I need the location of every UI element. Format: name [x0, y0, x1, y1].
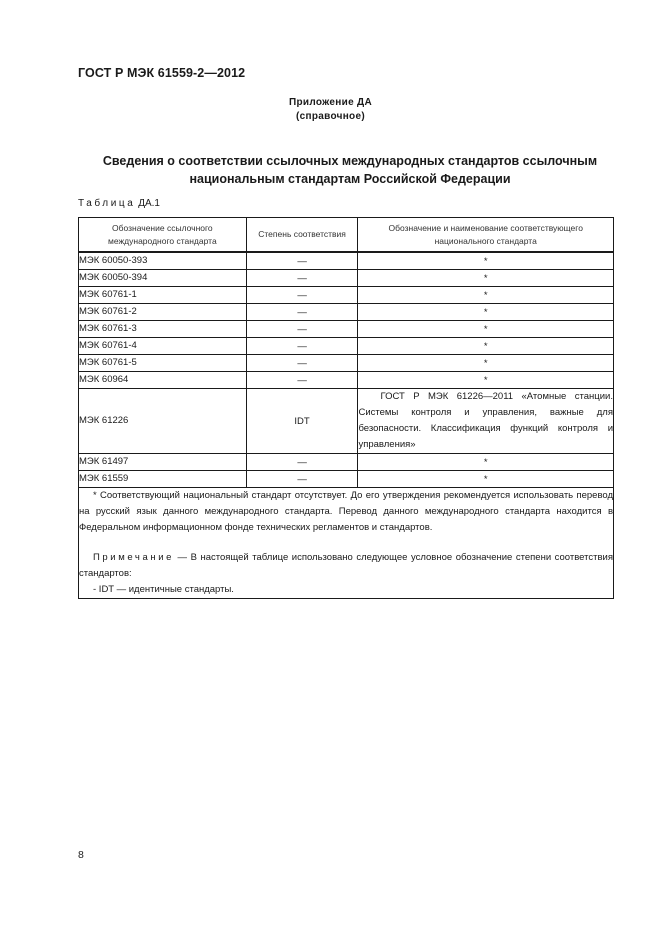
- degree: —: [246, 287, 358, 304]
- national-standard: *: [358, 321, 614, 338]
- national-standard: *: [358, 372, 614, 389]
- table-row: МЭК 60050-393 — *: [79, 252, 614, 270]
- national-standard: *: [358, 338, 614, 355]
- note-heading: Примечание: [93, 552, 174, 563]
- degree: —: [246, 338, 358, 355]
- degree: —: [246, 304, 358, 321]
- international-code: МЭК 61226: [79, 389, 247, 454]
- appendix-title: Приложение ДА: [0, 96, 661, 110]
- note-paragraph: Примечание — В настоящей таблице использ…: [79, 550, 613, 582]
- table-row: МЭК 60761-5 — *: [79, 355, 614, 372]
- degree: —: [246, 454, 358, 471]
- appendix-heading: Приложение ДА (справочное): [0, 96, 661, 124]
- table-label-word: Таблица: [78, 198, 135, 209]
- national-standard: *: [358, 287, 614, 304]
- document-header: ГОСТ Р МЭК 61559-2—2012: [78, 66, 245, 80]
- national-standard: *: [358, 304, 614, 321]
- international-code: МЭК 60761-2: [79, 304, 247, 321]
- table-label-id: ДА.1: [138, 198, 160, 209]
- table-row: МЭК 60761-3 — *: [79, 321, 614, 338]
- page-number: 8: [78, 849, 84, 861]
- table-row: МЭК 61226 IDT ГОСТ Р МЭК 61226—2011 «Ато…: [79, 389, 614, 454]
- national-standard: *: [358, 471, 614, 488]
- note-item: - IDT — идентичные стандарты.: [79, 582, 613, 598]
- degree: —: [246, 355, 358, 372]
- degree: —: [246, 471, 358, 488]
- national-standard: ГОСТ Р МЭК 61226—2011 «Атомные станции. …: [358, 389, 614, 454]
- column-header-international: Обозначение ссылочного международного ст…: [79, 218, 247, 253]
- international-code: МЭК 60761-5: [79, 355, 247, 372]
- national-standard: *: [358, 252, 614, 270]
- table-row: МЭК 60761-2 — *: [79, 304, 614, 321]
- degree: —: [246, 270, 358, 287]
- table-label: Таблица ДА.1: [78, 198, 160, 209]
- appendix-subtitle: (справочное): [0, 110, 661, 124]
- table-row: МЭК 60761-1 — *: [79, 287, 614, 304]
- national-standard: *: [358, 355, 614, 372]
- degree: —: [246, 321, 358, 338]
- table-row: МЭК 61497 — *: [79, 454, 614, 471]
- international-code: МЭК 60050-393: [79, 252, 247, 270]
- international-code: МЭК 60050-394: [79, 270, 247, 287]
- degree: —: [246, 252, 358, 270]
- international-code: МЭК 60964: [79, 372, 247, 389]
- footnote-text: * Соответствующий национальный стандарт …: [79, 488, 613, 536]
- column-header-national: Обозначение и наименование соответствующ…: [358, 218, 614, 253]
- table-footnote-cell: * Соответствующий национальный стандарт …: [79, 488, 614, 599]
- table-footnote-row: * Соответствующий национальный стандарт …: [79, 488, 614, 599]
- degree: —: [246, 372, 358, 389]
- table-row: МЭК 61559 — *: [79, 471, 614, 488]
- table-row: МЭК 60050-394 — *: [79, 270, 614, 287]
- table-row: МЭК 60964 — *: [79, 372, 614, 389]
- section-title: Сведения о соответствии ссылочных междун…: [70, 152, 630, 188]
- table-row: МЭК 60761-4 — *: [79, 338, 614, 355]
- national-standard: *: [358, 270, 614, 287]
- international-code: МЭК 60761-1: [79, 287, 247, 304]
- table-header-row: Обозначение ссылочного международного ст…: [79, 218, 614, 253]
- column-header-degree: Степень соответствия: [246, 218, 358, 253]
- international-code: МЭК 61559: [79, 471, 247, 488]
- national-standard: *: [358, 454, 614, 471]
- standards-table: Обозначение ссылочного международного ст…: [78, 217, 614, 599]
- degree: IDT: [246, 389, 358, 454]
- international-code: МЭК 60761-4: [79, 338, 247, 355]
- international-code: МЭК 60761-3: [79, 321, 247, 338]
- international-code: МЭК 61497: [79, 454, 247, 471]
